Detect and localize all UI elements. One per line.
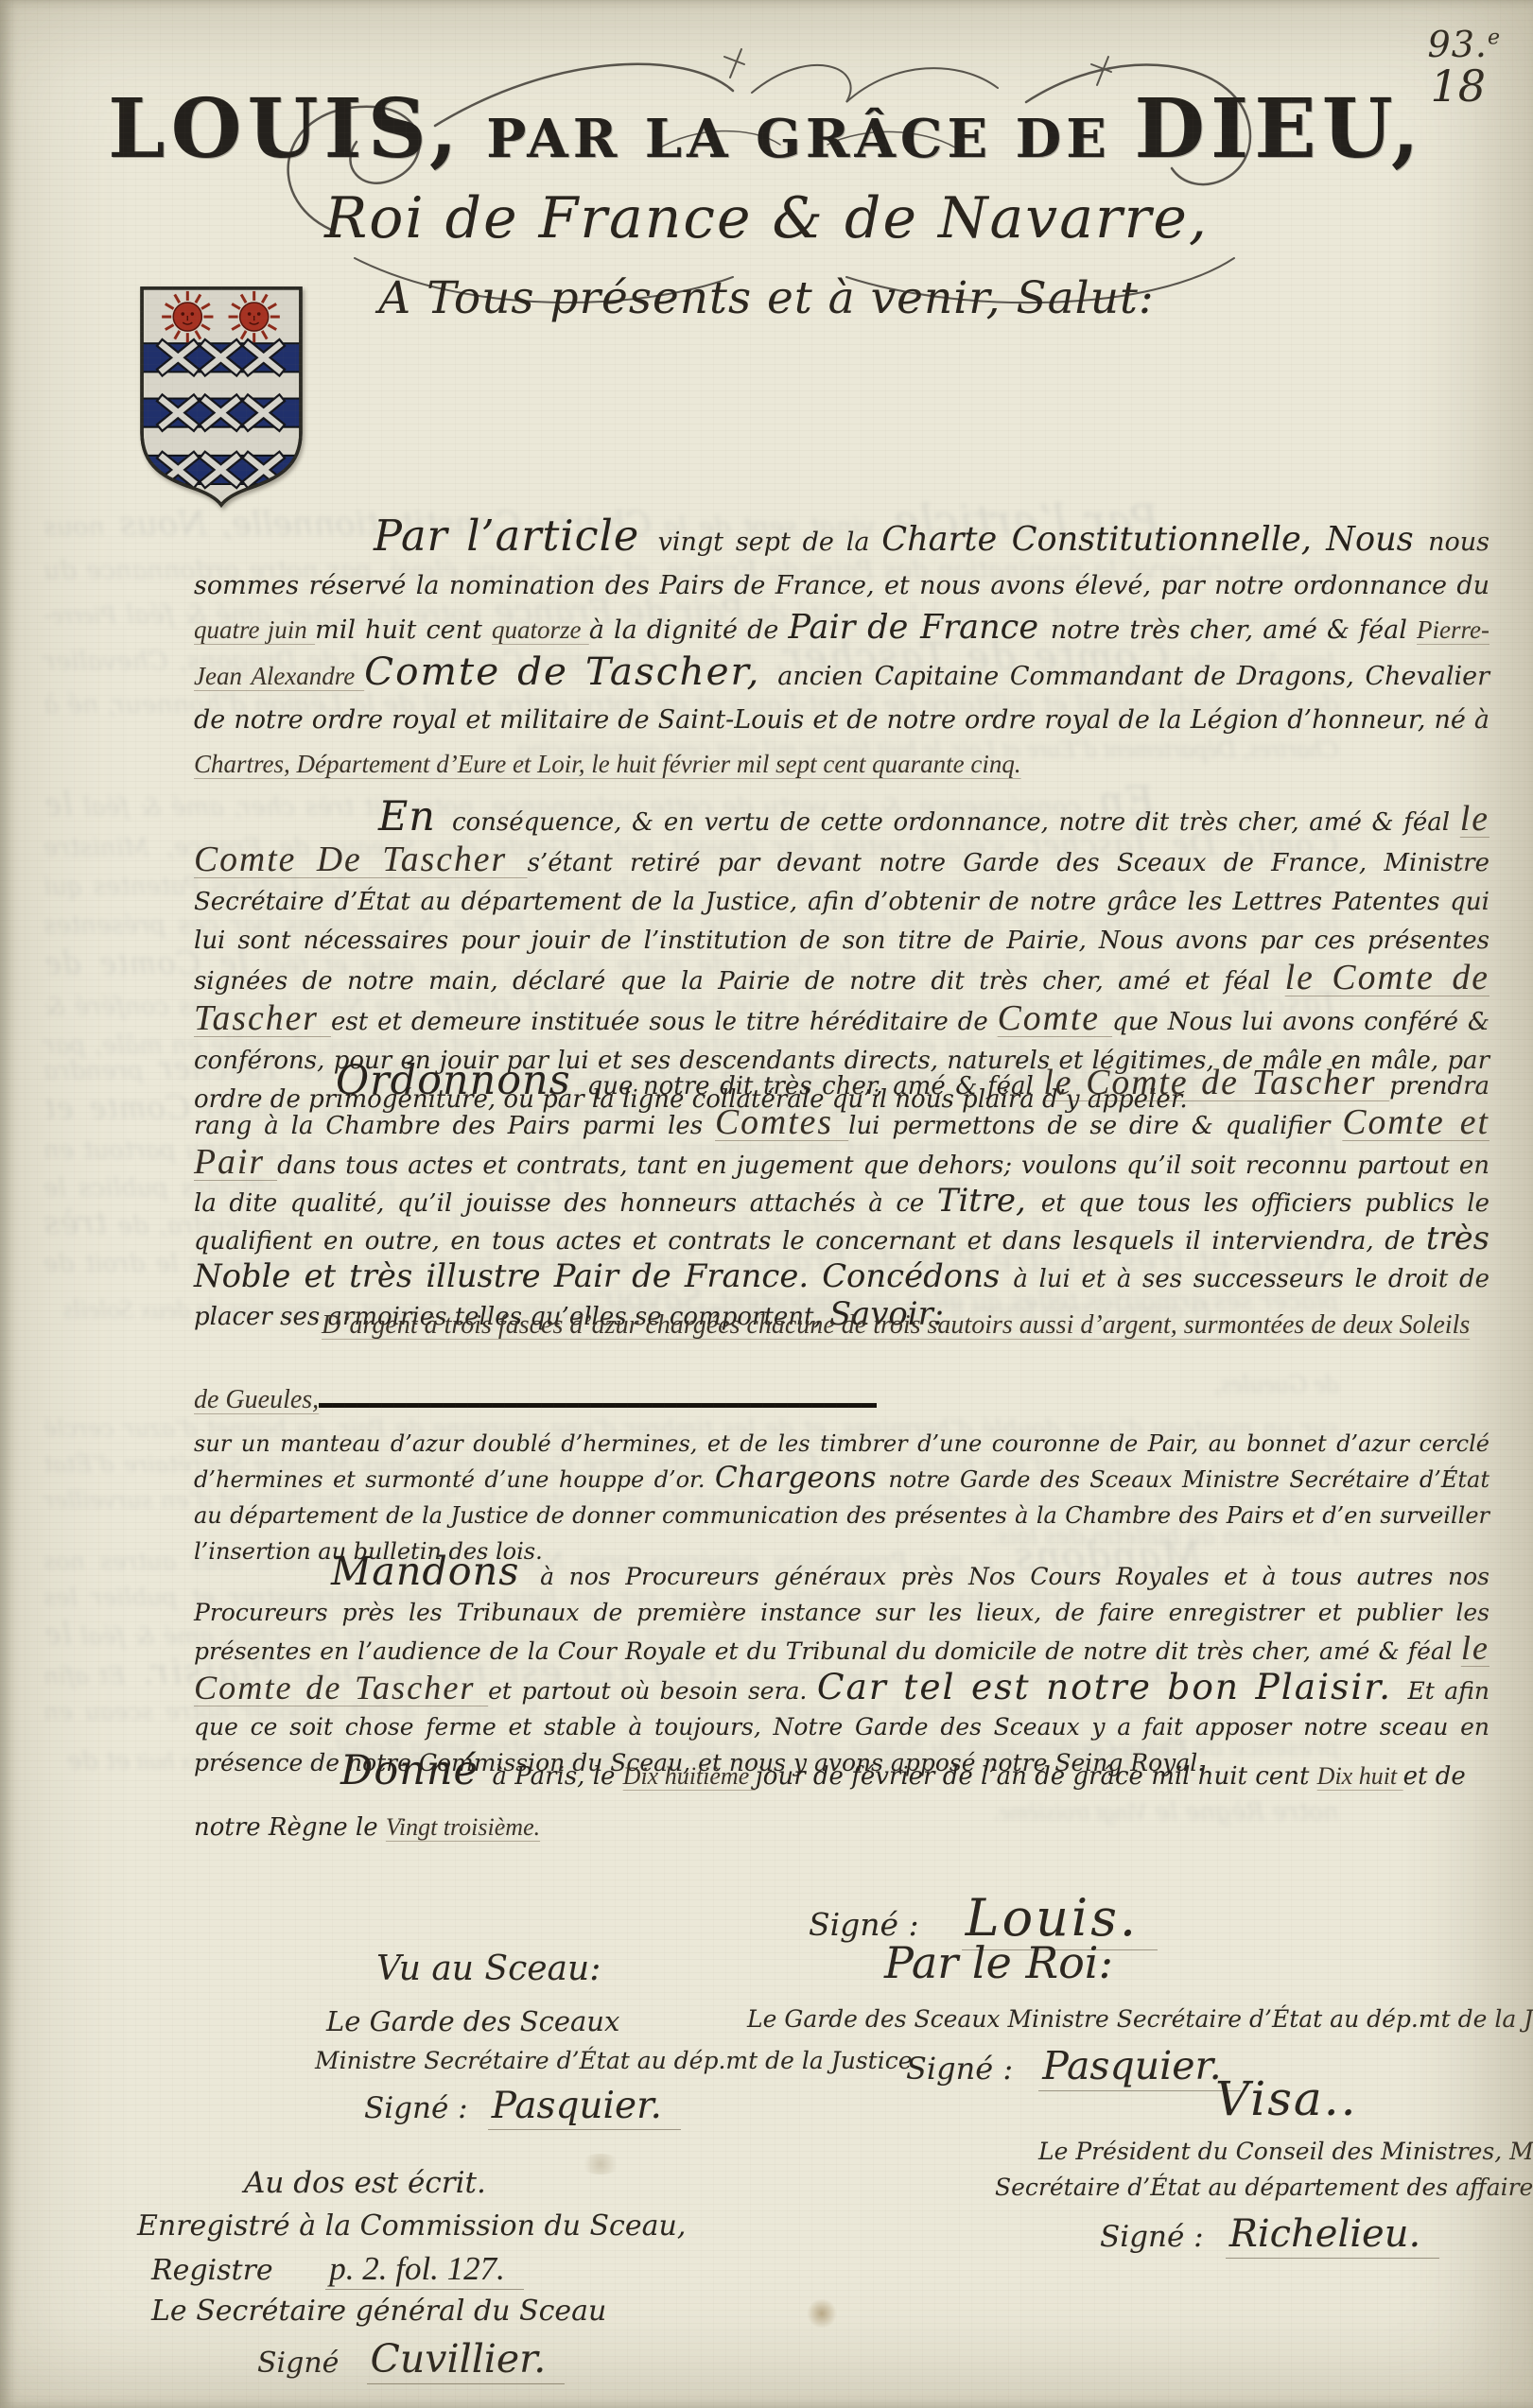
text-segment: Comtes	[715, 1102, 848, 1142]
registration-signed-name: Cuvillier.	[367, 2336, 566, 2384]
text-segment: Ordonnons	[336, 1057, 587, 1104]
text-segment: quatorze	[492, 615, 589, 644]
text-segment: Nous	[1326, 520, 1428, 559]
registration-signature: Signé Cuvillier.	[257, 2337, 565, 2382]
text-segment: Dix huit	[1317, 1762, 1403, 1790]
text-segment: Comte	[998, 998, 1112, 1038]
registration-heading: Au dos est écrit.	[244, 2167, 486, 2201]
visa-signature: Signé : Richelieu.	[1100, 2212, 1439, 2256]
registration-signed-label: Signé	[257, 2347, 339, 2380]
countersign-left-signed-name: Pasquier.	[488, 2085, 681, 2130]
countersign-right-signed-label: Signé :	[906, 2051, 1013, 2087]
text-segment: Charte Constitutionnelle,	[881, 520, 1326, 559]
text-segment: que notre dit très cher, amé & féal	[587, 1072, 1044, 1100]
registration-secretary-line: Le Secrétaire général du Sceau	[151, 2295, 606, 2329]
text-segment: Mandons	[331, 1549, 540, 1594]
text-segment: à Paris, le	[492, 1762, 622, 1791]
countersign-right-signature: Signé : Pasquier.	[906, 2044, 1241, 2088]
text-segment: Par l’article	[374, 511, 658, 561]
text-segment: Titre,	[937, 1182, 1041, 1219]
visa-signed-name: Richelieu.	[1226, 2212, 1439, 2259]
text-segment: Car tel est notre bon Plaisir.	[817, 1666, 1408, 1707]
visa-line2: Secrétaire d’État au département des aff…	[995, 2174, 1533, 2202]
registration-register-value: p. 2. fol. 127.	[325, 2250, 524, 2290]
text-segment: Comte de Tascher,	[364, 649, 777, 694]
text-segment: jour de février de l’an de grâce mil hui…	[756, 1762, 1317, 1791]
visa-signed-label: Signé :	[1100, 2220, 1204, 2254]
registration-register-label: Registre	[151, 2254, 273, 2287]
text-segment: conséquence, & en vertu de cette ordonna…	[452, 808, 1460, 837]
paragraph-charte: Par l’article vingt sept de la Charte Co…	[194, 515, 1489, 787]
text-segment: à la dignité de	[589, 615, 789, 645]
text-segment: Vingt troisième.	[386, 1813, 540, 1841]
text-segment: le Comte de Tascher	[1043, 1063, 1389, 1102]
registration-register-row: Registre p. 2. fol. 127.	[151, 2250, 524, 2288]
text-segment: et partout où besoin sera.	[488, 1677, 817, 1705]
text-segment	[319, 1389, 877, 1408]
text-segment: Pair de France	[789, 608, 1051, 647]
manuscript-page: 93.e 18 LOUIS, PAR LA GRÂCE DE DIEU, Roi…	[0, 0, 1533, 2408]
countersign-right-line1: Le Garde des Sceaux Ministre Secrétaire …	[747, 2006, 1533, 2034]
countersign-right-title: Par le Roi:	[884, 1938, 1113, 1988]
countersign-right-signed-name: Pasquier.	[1038, 2043, 1240, 2091]
visa-title: Visa..	[1215, 2072, 1357, 2127]
text-segment: Chartres, Département d’Eure et Loir, le…	[194, 750, 1021, 778]
text-segment: Dix huitième	[623, 1762, 756, 1790]
text-segment: est et demeure instituée sous le titre h…	[331, 1008, 998, 1036]
text-segment: lui permettons de se dire & qualifier	[848, 1112, 1342, 1140]
visa-line1: Le Président du Conseil des Ministres, M…	[1038, 2139, 1533, 2166]
text-segment: notre très cher, amé & féal	[1051, 615, 1417, 645]
countersign-left-signed-label: Signé :	[364, 2091, 468, 2125]
countersign-left-title: Vu au Sceau:	[376, 1949, 601, 1988]
paragraph-blason: D’argent à trois fasces d’azur chargées …	[194, 1288, 1489, 1437]
text-segment: En	[378, 793, 452, 840]
text-segment: Chargeons	[715, 1461, 888, 1495]
paragraph-dateline: Donné à Paris, le Dix huitième jour de f…	[194, 1751, 1489, 1853]
registration-line: Enregistré à la Commission du Sceau,	[137, 2210, 686, 2243]
text-segment: mil huit cent	[315, 615, 492, 645]
countersign-left-line2: Ministre Secrétaire d’État au dép.mt de …	[315, 2048, 919, 2075]
text-segment: vingt sept de la	[658, 528, 882, 557]
countersign-left-signature: Signé : Pasquier.	[364, 2086, 681, 2128]
text-segment: quatre juin	[194, 615, 315, 644]
text-segment: Donné	[340, 1747, 492, 1794]
countersign-left-line1: Le Garde des Sceaux	[326, 2006, 619, 2037]
coat-of-arms	[132, 280, 310, 512]
